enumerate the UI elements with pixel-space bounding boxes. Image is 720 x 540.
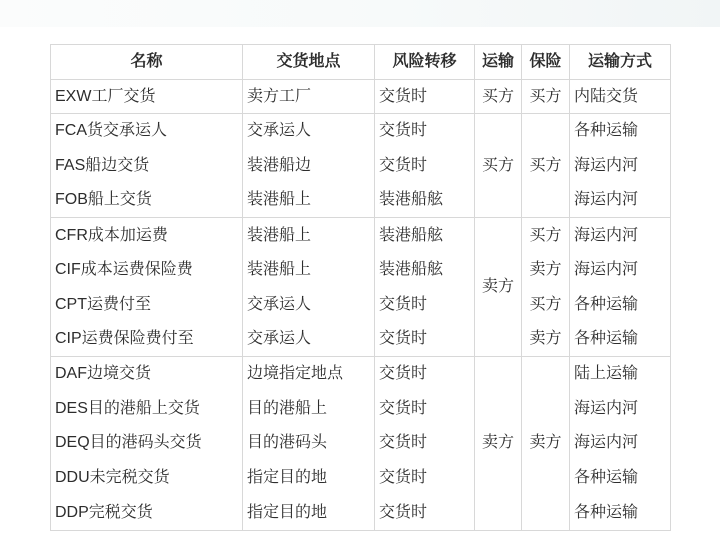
cell-risk-transfer: 交货时 <box>375 495 475 530</box>
table-row-deq: DEQ目的港码头交货 目的港码头 交货时 海运内河 <box>51 426 671 461</box>
cell-risk-transfer: 装港船舷 <box>375 218 475 253</box>
cell-name: CFR成本加运费 <box>51 218 243 253</box>
cell-transport-mode: 内陆交货 <box>570 79 671 114</box>
cell-insurance: 买方 <box>522 287 570 322</box>
cell-transport-mode: 各种运输 <box>570 114 671 149</box>
table-row-daf: DAF边境交货 边境指定地点 交货时 卖方 卖方 陆上运输 <box>51 357 671 392</box>
cell-insurance: 卖方 <box>522 253 570 288</box>
header-row: 名称 交货地点 风险转移 运输 保险 运输方式 <box>51 45 671 80</box>
cell-insurance-merged: 买方 <box>522 114 570 218</box>
cell-insurance: 买方 <box>522 79 570 114</box>
col-header-risk-transfer: 风险转移 <box>375 45 475 80</box>
cell-risk-transfer: 交货时 <box>375 149 475 184</box>
cell-insurance-merged: 卖方 <box>522 357 570 530</box>
cell-delivery-place: 装港船上 <box>243 253 375 288</box>
table-row-fca: FCA货交承运人 交承运人 交货时 买方 买方 各种运输 <box>51 114 671 149</box>
cell-transport-mode: 各种运输 <box>570 287 671 322</box>
cell-transport-mode: 海运内河 <box>570 253 671 288</box>
table-row-exw: EXW工厂交货 卖方工厂 交货时 买方 买方 内陆交货 <box>51 79 671 114</box>
cell-name: CIP运费保险费付至 <box>51 322 243 357</box>
cell-risk-transfer: 交货时 <box>375 322 475 357</box>
cell-name: DDU未完税交货 <box>51 461 243 496</box>
cell-delivery-place: 交承运人 <box>243 322 375 357</box>
table-row-cif: CIF成本运费保险费 装港船上 装港船舷 卖方 海运内河 <box>51 253 671 288</box>
table-row-des: DES目的港船上交货 目的港船上 交货时 海运内河 <box>51 391 671 426</box>
cell-name: CIF成本运费保险费 <box>51 253 243 288</box>
top-banner <box>0 0 720 27</box>
cell-transport-merged: 卖方 <box>475 357 522 530</box>
cell-transport-mode: 海运内河 <box>570 391 671 426</box>
cell-insurance: 卖方 <box>522 322 570 357</box>
cell-name: DES目的港船上交货 <box>51 391 243 426</box>
cell-name: DDP完税交货 <box>51 495 243 530</box>
table-row-ddu: DDU未完税交货 指定目的地 交货时 各种运输 <box>51 461 671 496</box>
cell-delivery-place: 目的港船上 <box>243 391 375 426</box>
incoterms-table-container: 名称 交货地点 风险转移 运输 保险 运输方式 EXW工厂交货 卖方工厂 交货时… <box>50 44 671 531</box>
cell-risk-transfer: 交货时 <box>375 287 475 322</box>
cell-transport-merged: 买方 <box>475 114 522 218</box>
cell-name: FCA货交承运人 <box>51 114 243 149</box>
col-header-transport-mode: 运输方式 <box>570 45 671 80</box>
cell-transport-mode: 海运内河 <box>570 183 671 218</box>
col-header-insurance: 保险 <box>522 45 570 80</box>
incoterms-table: 名称 交货地点 风险转移 运输 保险 运输方式 EXW工厂交货 卖方工厂 交货时… <box>50 44 671 531</box>
col-header-delivery-place: 交货地点 <box>243 45 375 80</box>
col-header-name: 名称 <box>51 45 243 80</box>
table-row-fas: FAS船边交货 装港船边 交货时 海运内河 <box>51 149 671 184</box>
cell-transport: 买方 <box>475 79 522 114</box>
cell-transport-mode: 陆上运输 <box>570 357 671 392</box>
cell-name: FAS船边交货 <box>51 149 243 184</box>
cell-name: FOB船上交货 <box>51 183 243 218</box>
cell-risk-transfer: 交货时 <box>375 461 475 496</box>
col-header-transport: 运输 <box>475 45 522 80</box>
cell-name: EXW工厂交货 <box>51 79 243 114</box>
cell-risk-transfer: 交货时 <box>375 79 475 114</box>
cell-risk-transfer: 装港船舷 <box>375 183 475 218</box>
cell-risk-transfer: 交货时 <box>375 426 475 461</box>
table-row-cfr: CFR成本加运费 装港船上 装港船舷 卖方 买方 海运内河 <box>51 218 671 253</box>
cell-delivery-place: 目的港码头 <box>243 426 375 461</box>
cell-transport-mode: 各种运输 <box>570 495 671 530</box>
cell-name: DEQ目的港码头交货 <box>51 426 243 461</box>
cell-transport-merged: 卖方 <box>475 218 522 357</box>
cell-risk-transfer: 交货时 <box>375 357 475 392</box>
table-row-ddp: DDP完税交货 指定目的地 交货时 各种运输 <box>51 495 671 530</box>
table-row-fob: FOB船上交货 装港船上 装港船舷 海运内河 <box>51 183 671 218</box>
cell-delivery-place: 装港船上 <box>243 183 375 218</box>
cell-delivery-place: 卖方工厂 <box>243 79 375 114</box>
cell-name: DAF边境交货 <box>51 357 243 392</box>
cell-delivery-place: 交承运人 <box>243 114 375 149</box>
cell-risk-transfer: 交货时 <box>375 114 475 149</box>
table-row-cpt: CPT运费付至 交承运人 交货时 买方 各种运输 <box>51 287 671 322</box>
cell-transport-mode: 海运内河 <box>570 149 671 184</box>
cell-transport-mode: 海运内河 <box>570 218 671 253</box>
cell-risk-transfer: 装港船舷 <box>375 253 475 288</box>
table-row-cip: CIP运费保险费付至 交承运人 交货时 卖方 各种运输 <box>51 322 671 357</box>
cell-delivery-place: 交承运人 <box>243 287 375 322</box>
cell-transport-mode: 各种运输 <box>570 461 671 496</box>
cell-delivery-place: 指定目的地 <box>243 495 375 530</box>
cell-transport-mode: 海运内河 <box>570 426 671 461</box>
cell-delivery-place: 装港船边 <box>243 149 375 184</box>
cell-delivery-place: 边境指定地点 <box>243 357 375 392</box>
cell-insurance: 买方 <box>522 218 570 253</box>
cell-delivery-place: 指定目的地 <box>243 461 375 496</box>
cell-risk-transfer: 交货时 <box>375 391 475 426</box>
cell-name: CPT运费付至 <box>51 287 243 322</box>
cell-transport-mode: 各种运输 <box>570 322 671 357</box>
cell-delivery-place: 装港船上 <box>243 218 375 253</box>
